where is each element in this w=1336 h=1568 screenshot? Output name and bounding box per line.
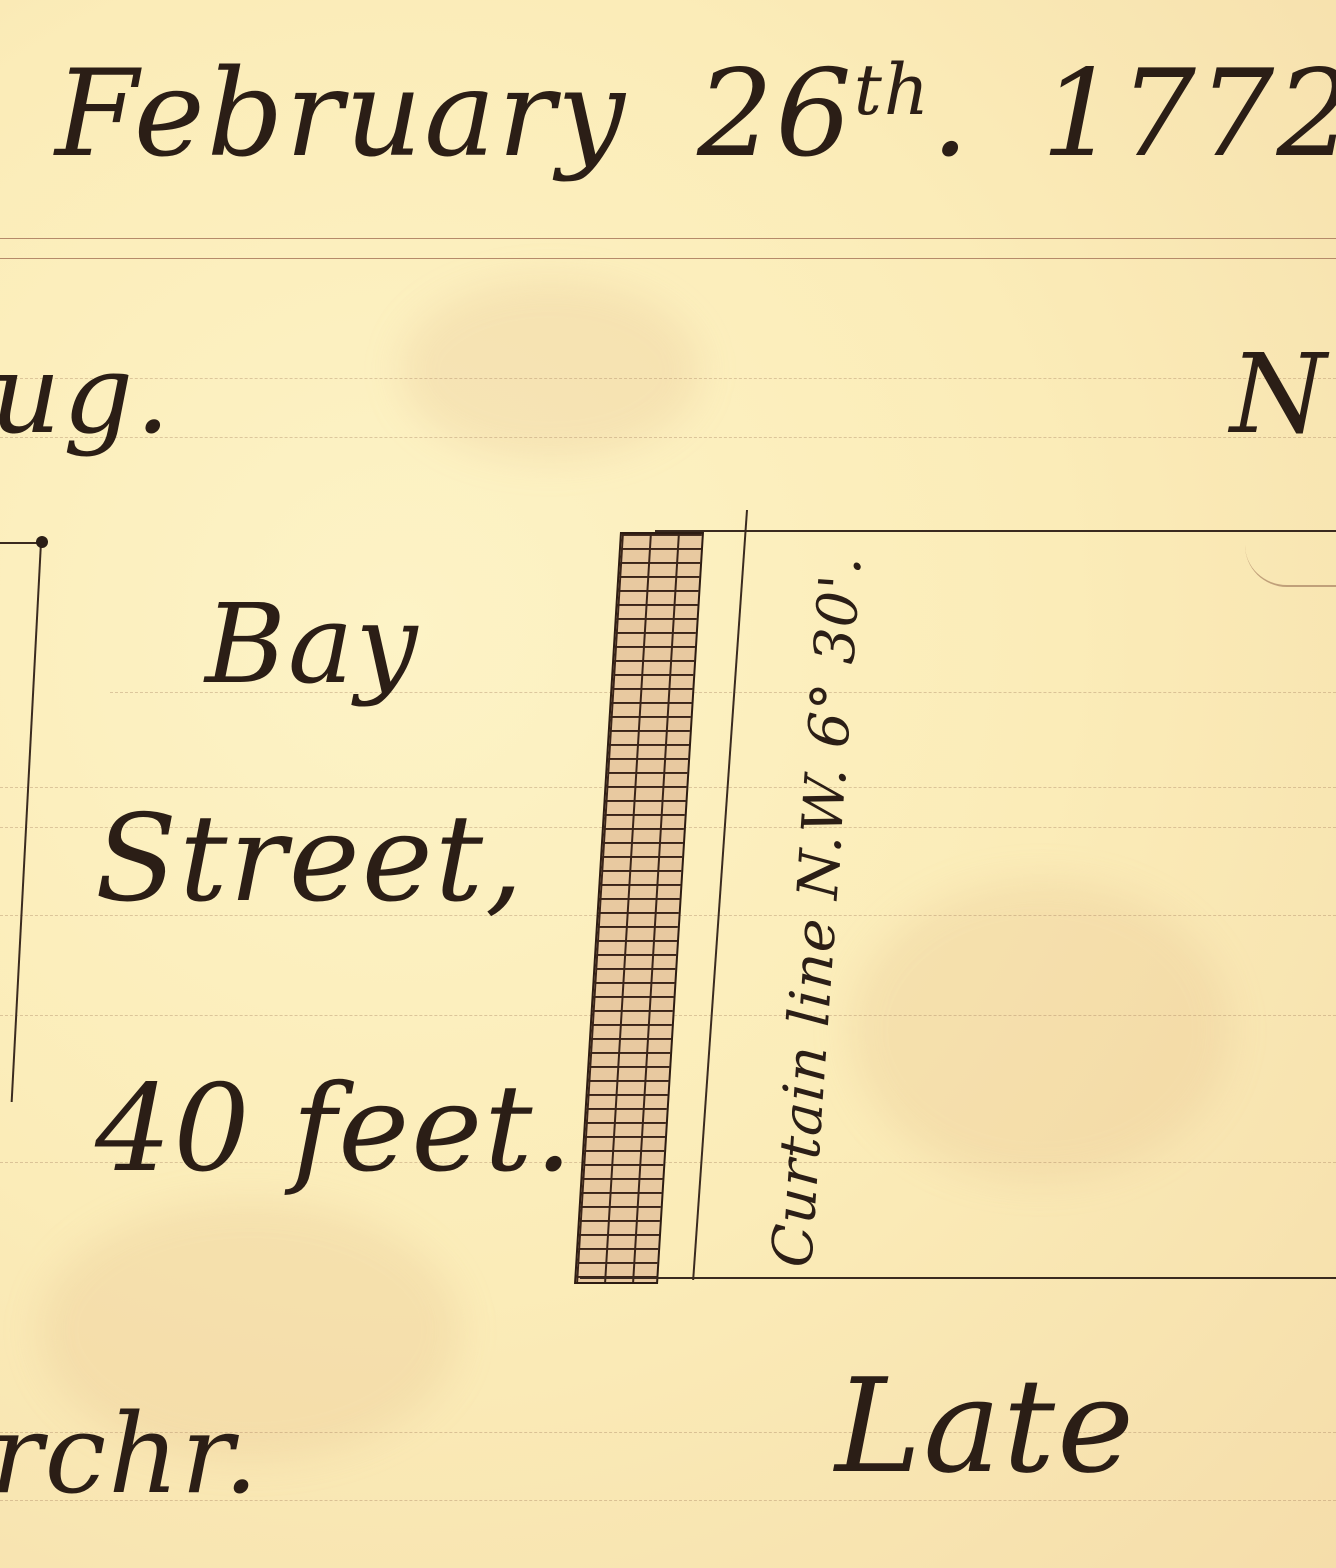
heading-rule-top — [0, 238, 1336, 239]
ruled-line — [0, 378, 1336, 379]
ruled-line — [0, 437, 1336, 438]
fragment-bottom-right: Late — [835, 1350, 1136, 1502]
street-label-line1: Bay — [205, 580, 420, 708]
fragment-bottom-left: rchr. — [0, 1390, 261, 1518]
right-lot-top-edge — [655, 530, 1336, 532]
date-heading: February 26th. 1772. — [55, 20, 1336, 185]
heading-rule-bottom — [0, 258, 1336, 259]
fragment-top-left: ug. — [0, 330, 172, 458]
heading-day-suffix: th — [854, 49, 931, 131]
heading-day: 26 — [697, 45, 854, 184]
heading-month: February — [55, 45, 627, 184]
survey-point-marker — [36, 536, 48, 548]
brick-wall — [574, 532, 704, 1284]
fragment-top-right: N — [1230, 330, 1328, 458]
street-label-line2: Street, — [95, 790, 525, 929]
heading-year: 1772. — [1041, 45, 1336, 184]
curtain-line — [692, 510, 748, 1280]
paper-stain — [850, 880, 1230, 1180]
paper-fold-arc — [1245, 545, 1336, 587]
street-label-line3: 40 feet. — [95, 1060, 575, 1199]
left-lot-right-edge — [11, 542, 42, 1102]
heading-separator: . — [931, 45, 971, 184]
paper-stain — [400, 280, 700, 460]
